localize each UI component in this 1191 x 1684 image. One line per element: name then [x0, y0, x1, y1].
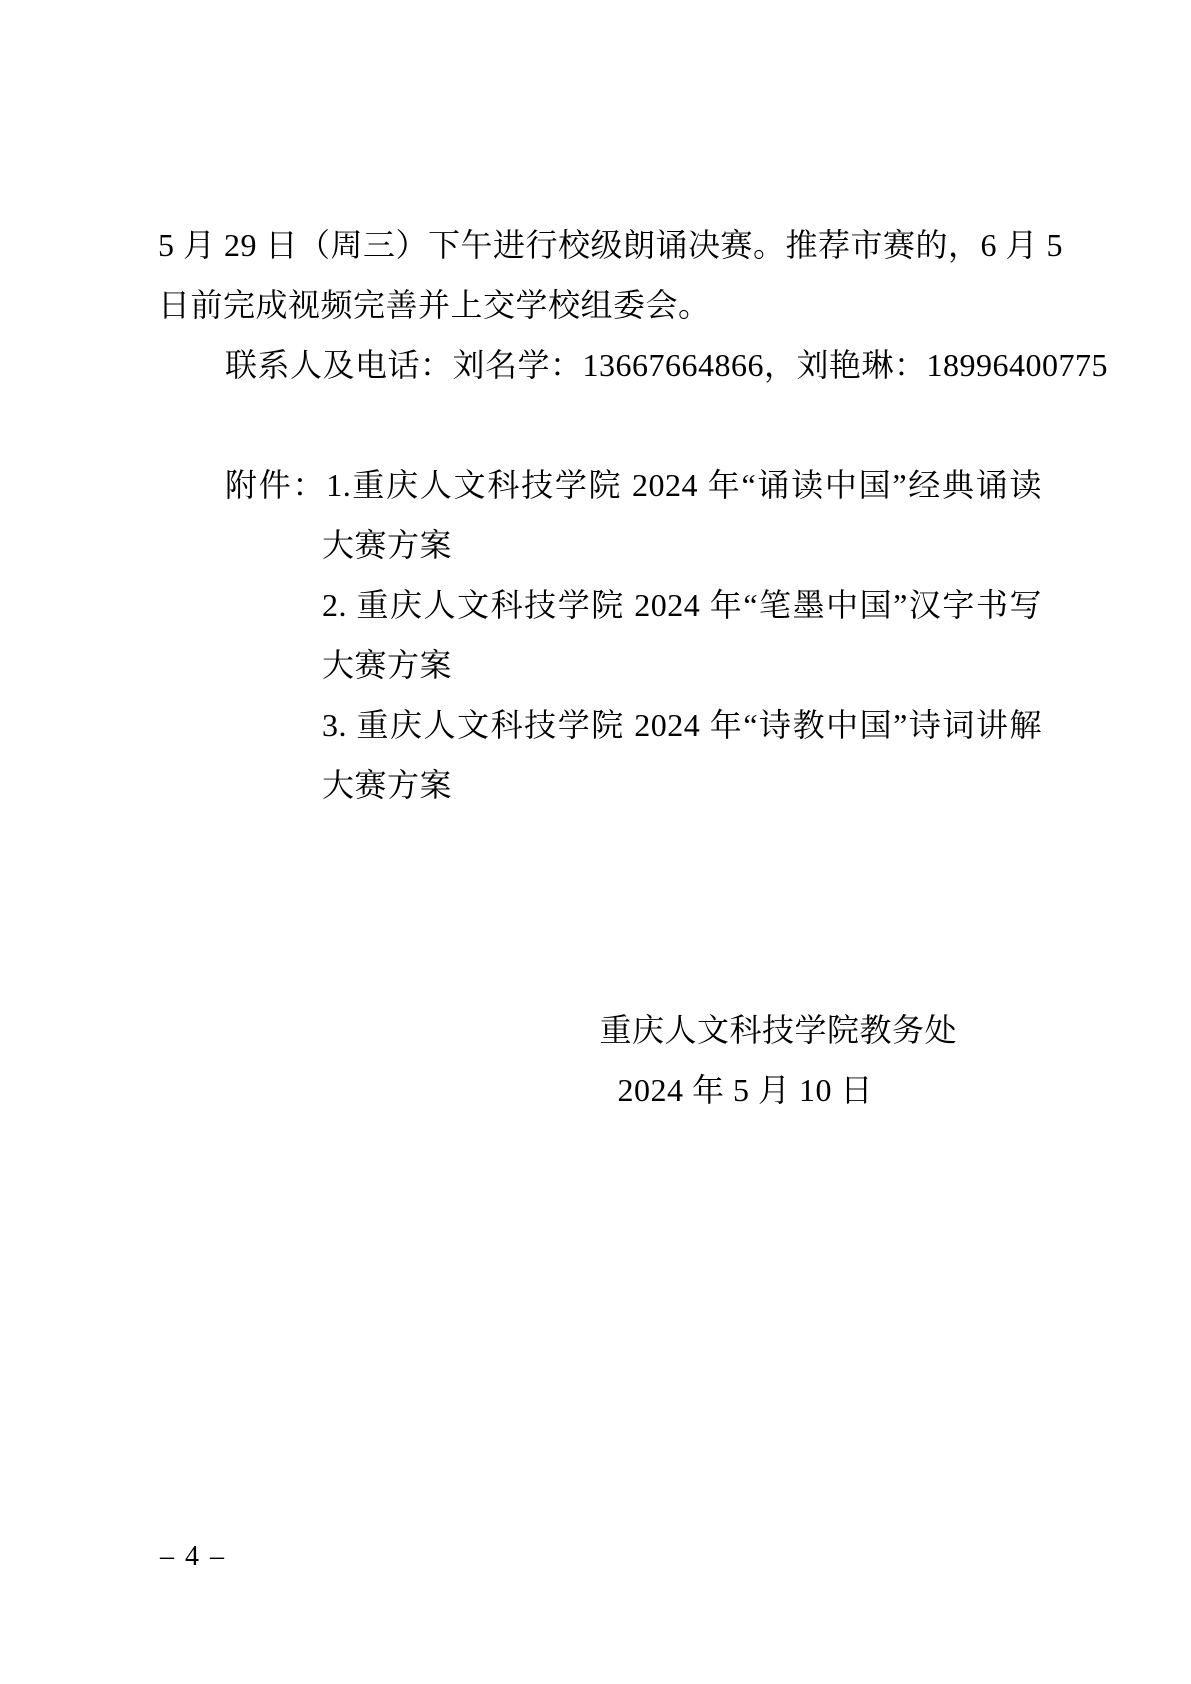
attachment-item-3-line-2: 大赛方案	[158, 755, 1042, 815]
attachment-item-1-line-1: 附件：1.重庆人文科技学院 2024 年“诵读中国”经典诵读	[158, 455, 1042, 515]
body-paragraph-line-1: 5 月 29 日（周三）下午进行校级朗诵决赛。推荐市赛的，6 月 5	[158, 215, 1042, 275]
signature-date: 2024 年 5 月 10 日	[158, 1060, 1042, 1120]
signature-organization: 重庆人文科技学院教务处	[158, 1000, 1042, 1060]
document-body: 5 月 29 日（周三）下午进行校级朗诵决赛。推荐市赛的，6 月 5 日前完成视…	[158, 215, 1042, 1120]
body-paragraph-line-2: 日前完成视频完善并上交学校组委会。	[158, 275, 1042, 335]
attachment-item-2-line-2: 大赛方案	[158, 635, 1042, 695]
attachment-item-3-line-1: 3. 重庆人文科技学院 2024 年“诗教中国”诗词讲解	[158, 695, 1042, 755]
document-page: 5 月 29 日（周三）下午进行校级朗诵决赛。推荐市赛的，6 月 5 日前完成视…	[0, 0, 1191, 1684]
attachment-item-2-line-1: 2. 重庆人文科技学院 2024 年“笔墨中国”汉字书写	[158, 575, 1042, 635]
attachment-item-1-line-2: 大赛方案	[158, 515, 1042, 575]
blank-block	[158, 815, 1042, 1000]
page-number: – 4 –	[160, 1540, 226, 1574]
contact-line: 联系人及电话：刘名学：13667664866，刘艳琳：18996400775	[158, 335, 1042, 395]
blank-line	[158, 395, 1042, 455]
